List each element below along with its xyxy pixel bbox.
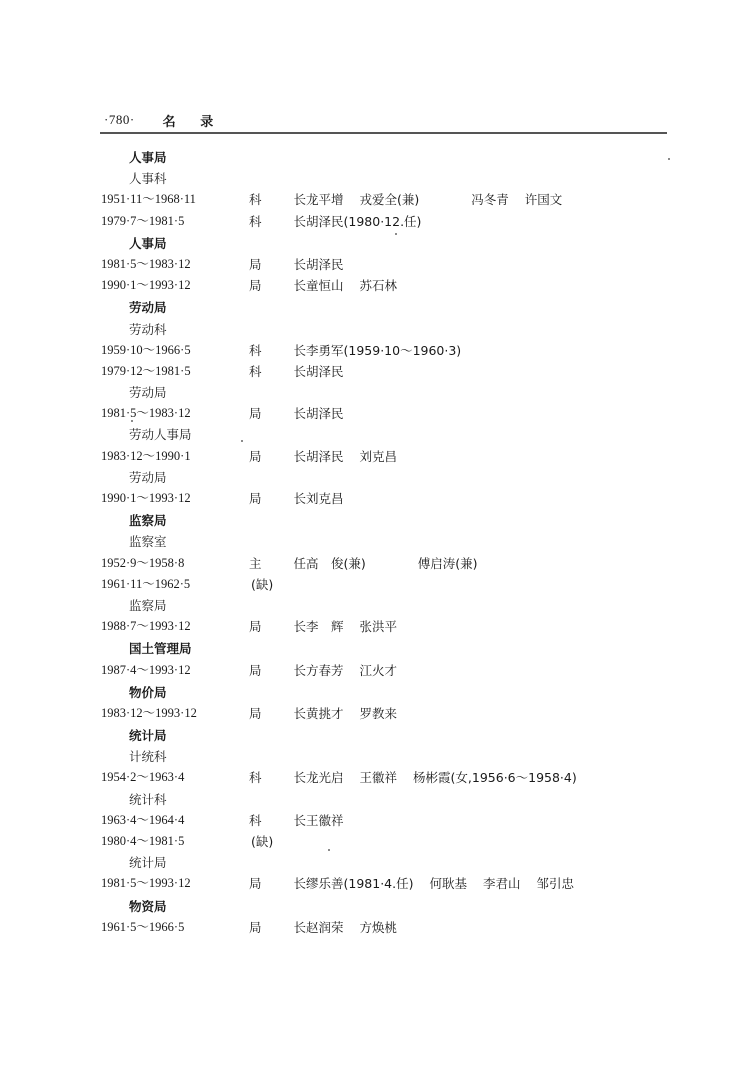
officeholder-names: 黄挑才罗教来 [306,703,413,724]
appointment-row: 1983·12～1993·12局 长黄挑才罗教来 [101,703,701,724]
term-dates: 1981·5～1993·12 [101,873,191,894]
term-dates: 1979·12～1981·5 [101,361,191,382]
officeholder-names: 高 俊(兼)傅启涛(兼) [306,553,494,574]
sub-unit-heading: 监察室 [101,531,701,552]
person-name: 胡泽民 [306,257,344,272]
officeholder-names: 胡泽民 [306,403,360,424]
officeholder-names: 王徽祥 [306,810,360,831]
term-dates: 1981·5～1983·12 [101,254,191,275]
appointment-row: 1981·5～1983·12局 长胡泽民 [101,403,701,424]
organization-heading: 物价局 [101,682,701,703]
section-title: 名 录 [163,111,224,130]
sub-unit-heading: 监察局 [101,595,701,616]
officeholder-names: 胡泽民 [306,361,360,382]
appointment-row: 1981·5～1993·12局 长缪乐善(1981·4.任)何耿基李君山邹引忠 [101,873,701,894]
person-name: 冯冬青 [471,192,509,207]
sub-unit-heading: 劳动局 [101,382,701,403]
appointment-row: 1988·7～1993·12局 长李 辉张洪平 [101,616,701,637]
organization-heading: 监察局 [101,510,701,531]
person-name: 李君山 [483,876,521,891]
term-dates: 1983·12～1993·12 [101,703,197,724]
organization-heading: 物资局 [101,896,701,917]
term-dates: 1990·1～1993·12 [101,488,191,509]
person-name: 缪乐善(1981·4.任) [306,876,413,891]
person-name: 王徽祥 [360,770,398,785]
organization-heading: 人事局 [101,233,701,254]
person-name: 许国文 [525,192,563,207]
person-name: 胡泽民 [306,449,344,464]
vacancy-note: (缺) [251,577,273,592]
appointment-row: 1990·1～1993·12局 长童恒山苏石林 [101,275,701,296]
person-name: 邹引忠 [537,876,575,891]
officeholder-names: 胡泽民(1980·12.任) [306,211,437,232]
sub-unit-heading: 劳动科 [101,319,701,340]
person-name: 李 辉 [306,619,344,634]
person-name: 龙平增 [306,192,344,207]
appointment-row: 1987·4～1993·12局 长方春芳江火才 [101,660,701,681]
term-dates: 1954·2～1963·4 [101,767,184,788]
person-name: 江火才 [360,663,398,678]
appointment-row: 1954·2～1963·4科 长龙光启王徽祥杨彬霞(女,1956·6～1958·… [101,767,701,788]
person-name: 方春芳 [306,663,344,678]
person-name: 张洪平 [360,619,398,634]
term-dates: 1990·1～1993·12 [101,275,191,296]
person-name: 何耿基 [429,876,467,891]
term-dates: 1952·9～1958·8 [101,553,184,574]
term-dates: 1961·5～1966·5 [101,917,184,938]
scan-speck [395,233,397,235]
organization-heading: 国土管理局 [101,638,701,659]
appointment-row: 1961·5～1966·5局 长赵润荣方焕桃 [101,917,701,938]
appointment-row: 1951·11～1968·11科 长龙平增戎爱全(兼)冯冬青许国文 [101,189,701,210]
appointment-row: 1979·12～1981·5科 长胡泽民 [101,361,701,382]
person-name: 胡泽民 [306,364,344,379]
term-dates: 1963·4～1964·4 [101,810,184,831]
organization-heading: 统计局 [101,725,701,746]
appointment-row: 1952·9～1958·8主 任高 俊(兼)傅启涛(兼) [101,553,701,574]
person-name: 龙光启 [306,770,344,785]
document-page: ·780· 名 录 人事局人事科1951·11～1968·11科 长龙平增戎爱全… [0,0,750,1066]
officeholder-names: (缺) [251,574,289,595]
officeholder-names: 李勇军(1959·10～1960·3) [306,340,477,361]
appointment-row: 1961·11～1962·5(缺) [101,574,701,595]
term-dates: 1980·4～1981·5 [101,831,184,852]
officeholder-names: 刘克昌 [306,488,360,509]
term-dates: 1987·4～1993·12 [101,660,191,681]
officeholder-names: 方春芳江火才 [306,660,413,681]
running-header: ·780· 名 录 [104,110,223,130]
header-rule [100,132,667,134]
person-name: 黄挑才 [306,706,344,721]
officeholder-names: 龙光启王徽祥杨彬霞(女,1956·6～1958·4) [306,767,593,788]
person-name: 胡泽民 [306,406,344,421]
person-name: 杨彬霞(女,1956·6～1958·4) [413,770,577,785]
appointment-row: 1981·5～1983·12局 长胡泽民 [101,254,701,275]
scan-speck [328,849,330,851]
officeholder-names: 龙平增戎爱全(兼)冯冬青许国文 [306,189,578,210]
term-dates: 1983·12～1990·1 [101,446,191,467]
person-name: 傅启涛(兼) [418,556,478,571]
sub-unit-heading: 计统科 [101,746,701,767]
person-name: 罗教来 [360,706,398,721]
person-name: 李勇军(1959·10～1960·3) [306,343,461,358]
person-name: 童恒山 [306,278,344,293]
scan-speck [131,420,133,422]
directory-list: 人事局人事科1951·11～1968·11科 长龙平增戎爱全(兼)冯冬青许国文1… [101,146,701,938]
officeholder-names: 胡泽民 [306,254,360,275]
term-dates: 1961·11～1962·5 [101,574,190,595]
person-name: 高 俊(兼) [306,556,366,571]
person-name: 方焕桃 [360,920,398,935]
organization-heading: 劳动局 [101,297,701,318]
sub-unit-heading: 统计科 [101,789,701,810]
person-name: 苏石林 [360,278,398,293]
term-dates: 1988·7～1993·12 [101,616,191,637]
vacancy-note: (缺) [251,834,273,849]
officeholder-names: 赵润荣方焕桃 [306,917,413,938]
appointment-row: 1983·12～1990·1局 长胡泽民刘克昌 [101,446,701,467]
appointment-row: 1963·4～1964·4科 长王徽祥 [101,810,701,831]
officeholder-names: 李 辉张洪平 [306,616,413,637]
page-number: ·780· [104,112,135,128]
appointment-row: 1990·1～1993·12局 长刘克昌 [101,488,701,509]
officeholder-names: 童恒山苏石林 [306,275,413,296]
appointment-row: 1959·10～1966·5科 长李勇军(1959·10～1960·3) [101,340,701,361]
appointment-row: 1980·4～1981·5(缺) [101,831,701,852]
term-dates: 1959·10～1966·5 [101,340,191,361]
person-name: 胡泽民(1980·12.任) [306,214,421,229]
organization-heading: 人事局 [101,147,701,168]
officeholder-names: 胡泽民刘克昌 [306,446,413,467]
person-name: 赵润荣 [306,920,344,935]
sub-unit-heading: 人事科 [101,168,701,189]
person-name: 刘克昌 [360,449,398,464]
person-name: 刘克昌 [306,491,344,506]
sub-unit-heading: 统计局 [101,852,701,873]
officeholder-names: (缺) [251,831,289,852]
scan-speck [668,158,670,160]
scan-speck [241,440,243,442]
sub-unit-heading: 劳动人事局 [101,424,701,445]
appointment-row: 1979·7～1981·5科 长胡泽民(1980·12.任) [101,211,701,232]
person-name: 戎爱全(兼) [360,192,420,207]
officeholder-names: 缪乐善(1981·4.任)何耿基李君山邹引忠 [306,873,590,894]
term-dates: 1951·11～1968·11 [101,189,196,210]
term-dates: 1981·5～1983·12 [101,403,191,424]
term-dates: 1979·7～1981·5 [101,211,184,232]
person-name: 王徽祥 [306,813,344,828]
sub-unit-heading: 劳动局 [101,467,701,488]
